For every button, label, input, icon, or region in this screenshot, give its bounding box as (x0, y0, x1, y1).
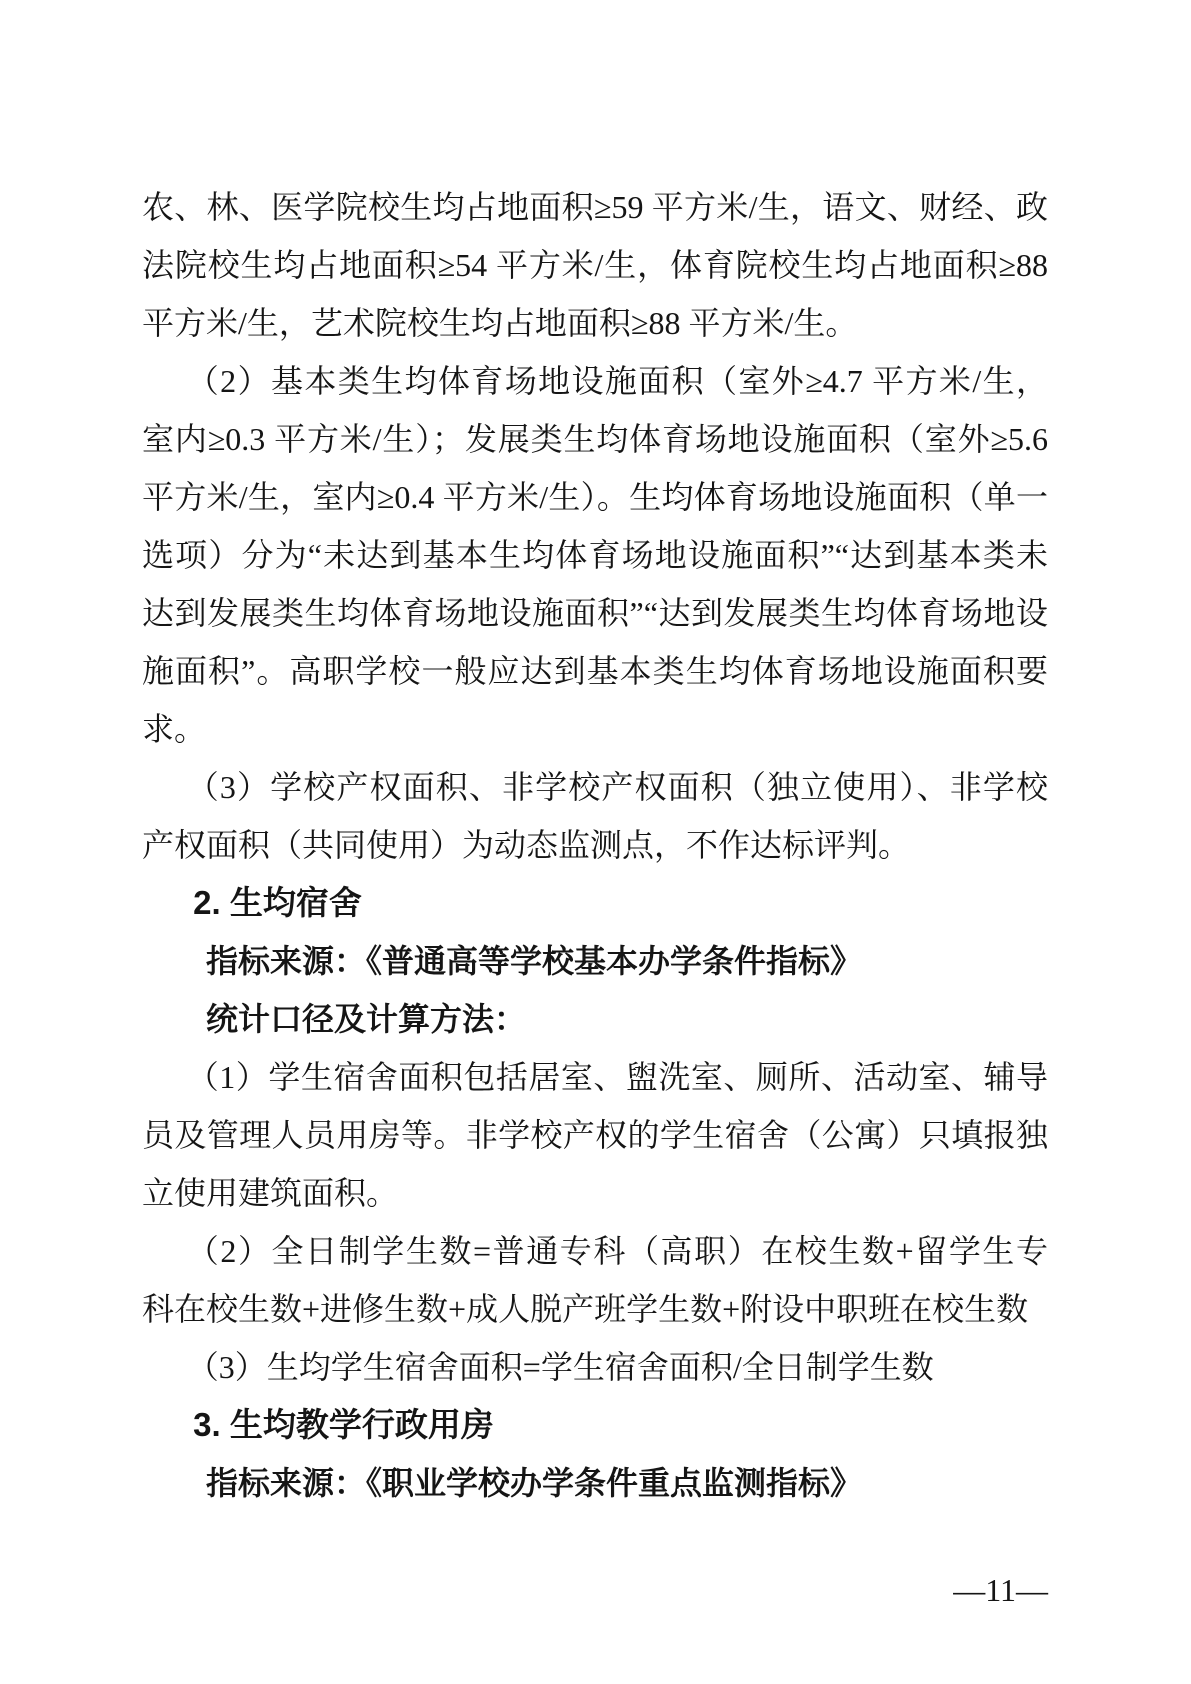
body-line: 室内≥0.3 平方米/生）；发展类生均体育场地设施面积（室外≥5.6 (142, 410, 1048, 468)
body-line: 立使用建筑面积。 (142, 1164, 1048, 1222)
body-line: 科在校生数+进修生数+成人脱产班学生数+附设中职班在校生数 (142, 1280, 1048, 1338)
indicator-source-line: 指标来源：《职业学校办学条件重点监测指标》 (142, 1454, 1048, 1512)
body-line: 员及管理人员用房等。非学校产权的学生宿舍（公寓）只填报独 (142, 1106, 1048, 1164)
page-number: —11— (953, 1561, 1048, 1619)
body-line: 选项）分为“未达到基本生均体育场地设施面积”“达到基本类未 (142, 526, 1048, 584)
body-line: 施面积”。高职学校一般应达到基本类生均体育场地设施面积要 (142, 642, 1048, 700)
body-line: 平方米/生，室内≥0.4 平方米/生）。生均体育场地设施面积（单一 (142, 468, 1048, 526)
paragraph-start-line: （1）学生宿舍面积包括居室、盥洗室、厕所、活动室、辅导 (142, 1048, 1048, 1106)
body-line: 达到发展类生均体育场地设施面积”“达到发展类生均体育场地设 (142, 584, 1048, 642)
section-heading-teaching-admin: 3. 生均教学行政用房 (142, 1396, 1048, 1454)
body-line: 法院校生均占地面积≥54 平方米/生，体育院校生均占地面积≥88 (142, 236, 1048, 294)
paragraph-start-line: （2）全日制学生数=普通专科（高职）在校生数+留学生专 (142, 1222, 1048, 1280)
document-text-block: 农、林、医学院校生均占地面积≥59 平方米/生，语文、财经、政 法院校生均占地面… (142, 178, 1048, 1512)
paragraph-start-line: （3）生均学生宿舍面积=学生宿舍面积/全日制学生数 (142, 1338, 1048, 1396)
document-page: 农、林、医学院校生均占地面积≥59 平方米/生，语文、财经、政 法院校生均占地面… (0, 0, 1191, 1684)
body-line: 求。 (142, 700, 1048, 758)
paragraph-start-line: （2）基本类生均体育场地设施面积（室外≥4.7 平方米/生， (142, 352, 1048, 410)
paragraph-start-line: （3）学校产权面积、非学校产权面积（独立使用）、非学校 (142, 758, 1048, 816)
body-line: 产权面积（共同使用）为动态监测点，不作达标评判。 (142, 816, 1048, 874)
body-line: 农、林、医学院校生均占地面积≥59 平方米/生，语文、财经、政 (142, 178, 1048, 236)
body-line: 平方米/生，艺术院校生均占地面积≥88 平方米/生。 (142, 294, 1048, 352)
section-heading-dormitory: 2. 生均宿舍 (142, 874, 1048, 932)
statistic-method-label: 统计口径及计算方法： (142, 990, 1048, 1048)
indicator-source-line: 指标来源：《普通高等学校基本办学条件指标》 (142, 932, 1048, 990)
